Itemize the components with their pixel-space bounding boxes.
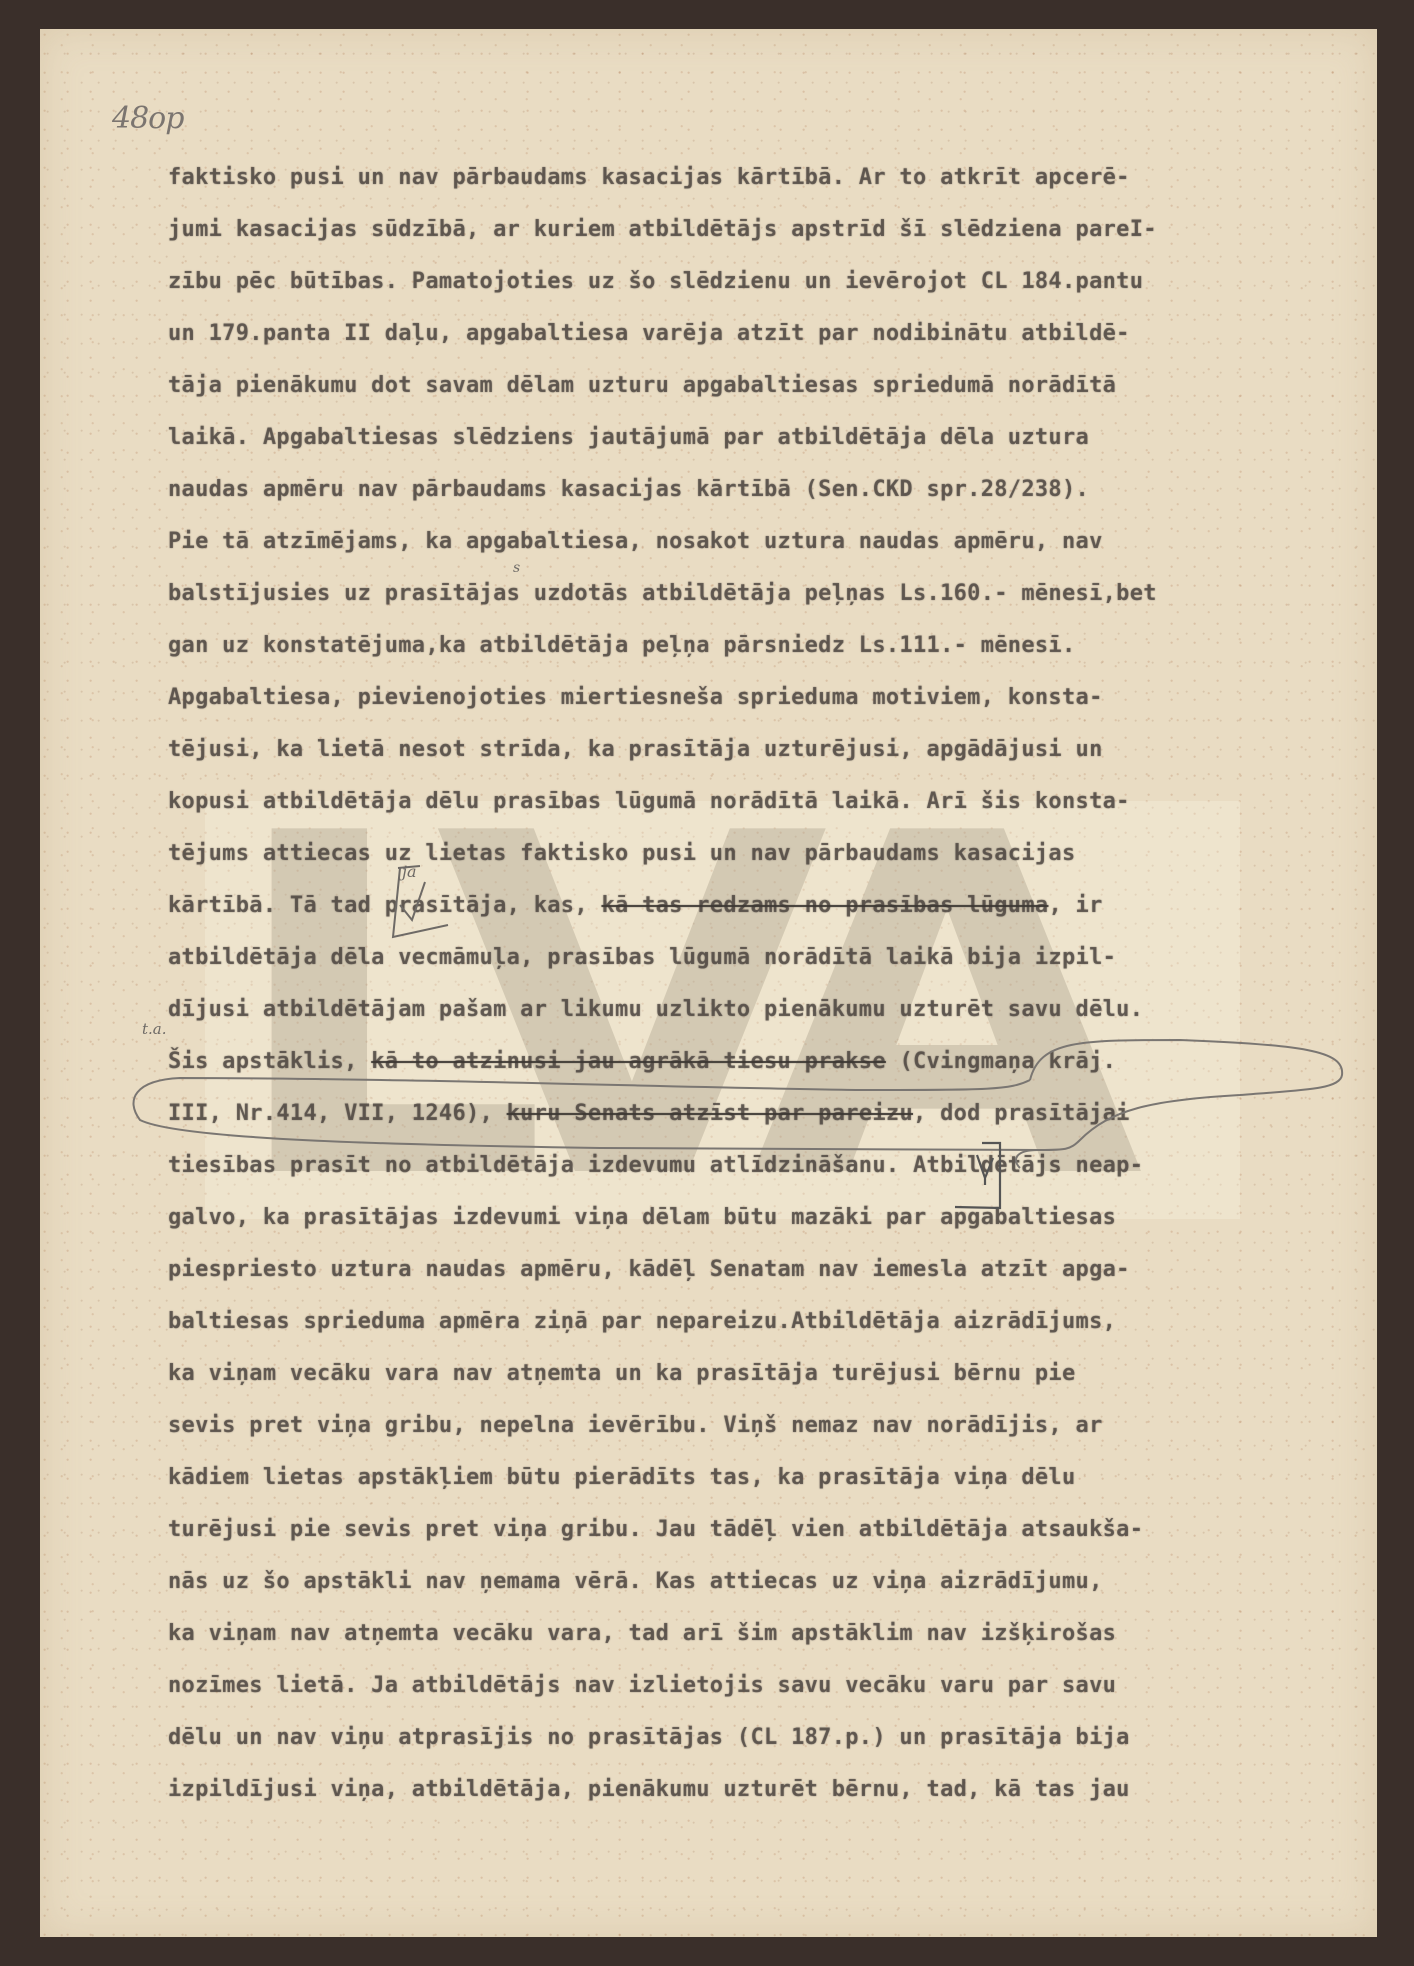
margin-note-ja: ja <box>402 862 417 881</box>
margin-note-s: s <box>513 560 520 576</box>
margin-note-ta: t.a. <box>142 1020 167 1038</box>
pencil-annotations <box>0 0 1414 1966</box>
insertion-bracket-icon <box>955 1143 1000 1208</box>
citation-loop-icon <box>133 1040 1342 1168</box>
